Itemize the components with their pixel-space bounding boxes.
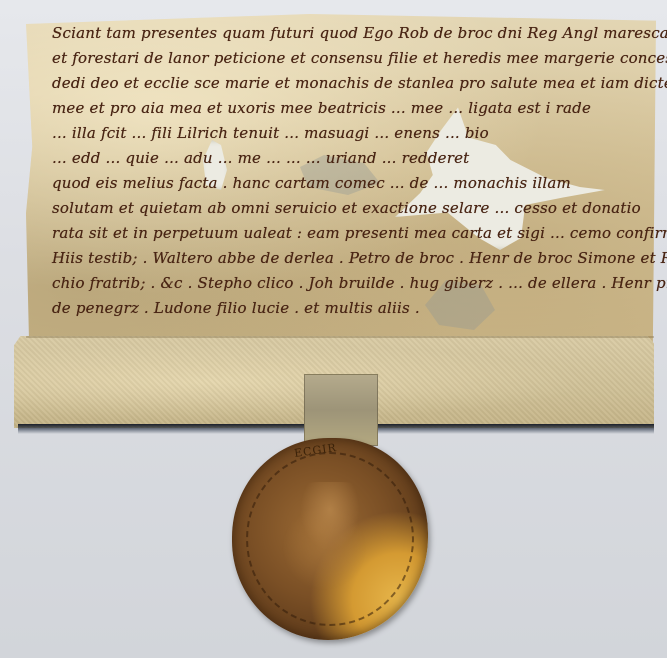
charter-line: de penegrz . Ludone filio lucie . et mul… (52, 299, 420, 317)
charter-line: mee et pro aia mea et uxoris mee beatric… (52, 99, 591, 117)
charter-line: ... illa fcit ... fili Lilrich tenuit ..… (52, 124, 489, 142)
seal-tag-strip (304, 374, 378, 446)
charter-line: Sciant tam presentes quam futuri quod Eg… (52, 24, 667, 42)
wax-seal: ECGIR (232, 438, 428, 640)
fold-crease (26, 336, 654, 338)
charter-line: quod eis melius facta . hanc cartam come… (52, 174, 571, 192)
charter-line: Hiis testib; . Waltero abbe de derlea . … (52, 249, 667, 267)
charter-line: chio fratrib; . &c . Stepho clico . Joh … (52, 274, 667, 292)
charter-line: ... edd ... quie ... adu ... me ... ... … (52, 149, 469, 167)
charter-line: dedi deo et ecclie sce marie et monachis… (52, 74, 667, 92)
horseman-icon (270, 482, 390, 592)
charter-line: et forestari de lanor peticione et conse… (52, 49, 667, 67)
charter-line: solutam et quietam ab omni seruicio et e… (52, 199, 641, 217)
charter-line: rata sit et in perpetuum ualeat : eam pr… (52, 224, 667, 242)
charter-photograph: Sciant tam presentes quam futuri quod Eg… (0, 0, 667, 658)
